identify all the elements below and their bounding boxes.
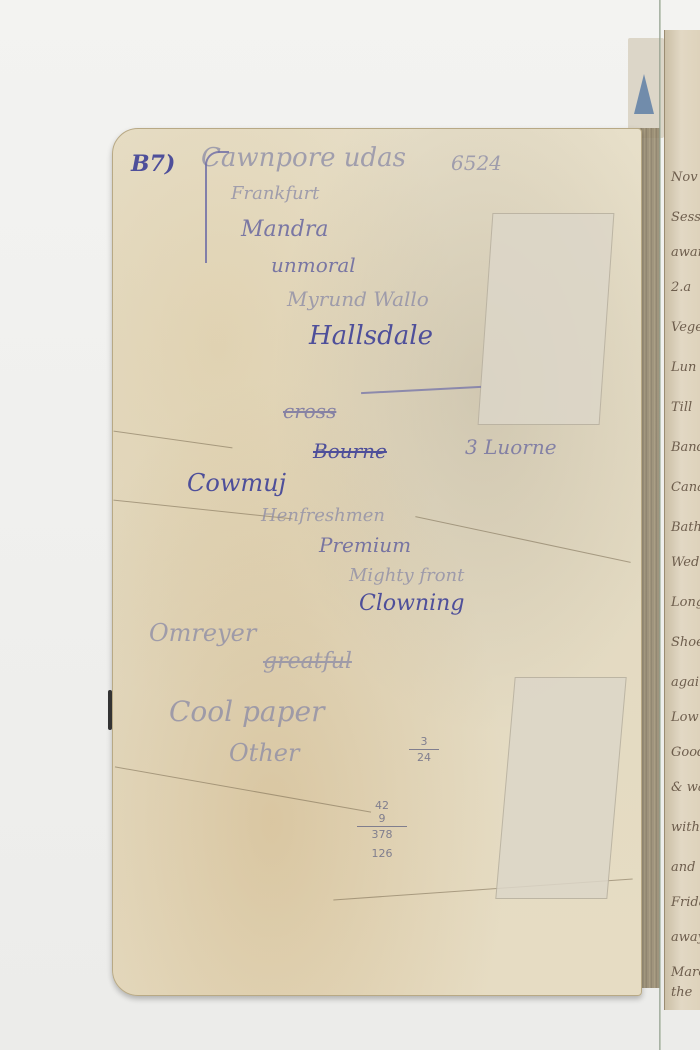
facing-text: Lun [671, 360, 696, 375]
denominator: 24 [409, 751, 439, 764]
glass-plate-edge [659, 0, 661, 1050]
list-entry: Mandra [241, 217, 329, 242]
paper-crack [114, 431, 233, 449]
entry: Mighty front [349, 565, 464, 586]
facing-text: with [671, 820, 700, 835]
facing-page: Nov 3 Sess award 2.a Vege Lun Till Band … [664, 30, 700, 1010]
list-entry: Frankfurt [231, 183, 319, 204]
paper-repair-patch [478, 213, 615, 425]
facing-text: Nov 3 [671, 170, 700, 185]
numerator: 3 [409, 735, 439, 748]
pen-stroke [361, 386, 481, 394]
entry: 3 Luorne [465, 435, 557, 459]
entry: Henfreshmen [261, 505, 385, 526]
facing-text: award [671, 245, 700, 260]
facing-text: Sess [671, 210, 700, 225]
entry: Premium [319, 533, 411, 557]
multiplicand: 42 [357, 799, 407, 812]
entry: Cowmuj [187, 469, 286, 497]
bracket-mark [205, 151, 229, 263]
list-entry: Hallsdale [309, 321, 433, 351]
entry: Omreyer [149, 619, 256, 647]
facing-text: Bath [671, 520, 700, 535]
struck-entry: cross [283, 399, 336, 423]
list-entry: unmoral [271, 253, 356, 277]
facing-text: away [671, 930, 700, 945]
facing-text: Cana [671, 480, 700, 495]
struck-entry: greatful [263, 649, 352, 674]
list-entry: Myrund Wallo [287, 287, 429, 311]
facing-text: Good F [671, 745, 700, 760]
entry: Clowning [359, 591, 464, 616]
facing-text: & was [671, 780, 700, 795]
extra-figure: 126 [357, 847, 407, 860]
facing-text: again [671, 675, 700, 690]
facing-text: the [671, 985, 692, 1000]
facing-text: Till [671, 400, 692, 415]
multiplication-calculation: 42 9 378 126 [357, 799, 407, 860]
fraction-calculation: 3 24 [409, 735, 439, 764]
paper-repair-patch [495, 677, 626, 899]
struck-entry: Bourne [313, 439, 387, 463]
notebook-page: B7) Cawnpore udas 6524 Frankfurt Mandra … [112, 128, 642, 996]
facing-text: Shoes [671, 635, 700, 650]
facing-text: Vege [671, 320, 700, 335]
binding-clip [108, 690, 112, 730]
facing-text: 2.a [671, 280, 691, 295]
product: 378 [357, 828, 407, 841]
facing-text: Band [671, 440, 700, 455]
catalogue-mark: B7) [131, 151, 175, 177]
facing-text: Low [671, 710, 699, 725]
facing-text: March [671, 965, 700, 980]
page-number-note: 6524 [451, 151, 502, 175]
multiplier: 9 [357, 812, 407, 825]
paper-crack [415, 516, 630, 563]
facing-text: and [671, 860, 695, 875]
blue-cloth-mark [634, 74, 654, 114]
facing-text: Friday [671, 895, 700, 910]
entry: Cool paper [169, 695, 325, 728]
paper-crack [115, 766, 371, 812]
entry: Other [229, 739, 299, 767]
facing-text: Wed [671, 555, 699, 570]
facing-text: Long [671, 595, 700, 610]
first-line: Cawnpore udas [201, 143, 406, 173]
